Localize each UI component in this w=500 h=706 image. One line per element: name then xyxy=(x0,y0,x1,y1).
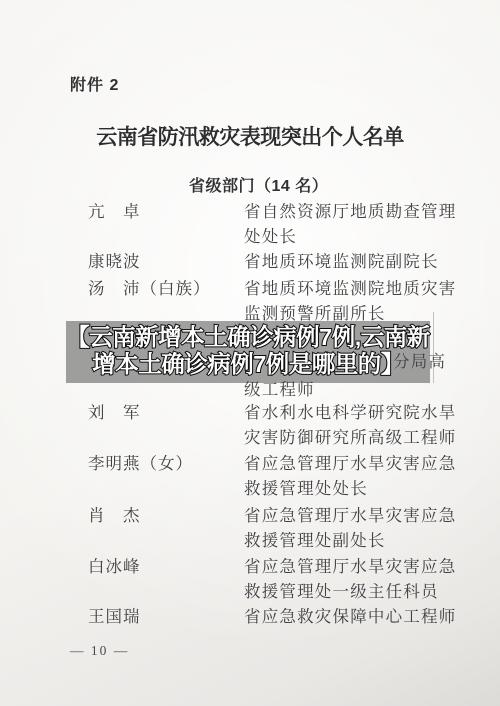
person-title-line: 省水利水电科学研究院水旱 xyxy=(244,403,456,423)
person-title-line: 处处长 xyxy=(244,227,297,247)
page-number: — 10 — xyxy=(70,643,129,659)
person-title-line: 省地质环境监测院地质灾害 xyxy=(244,279,456,299)
person-title-line: 救援管理处一级主任科员 xyxy=(244,582,439,602)
person-name: 康晓波 xyxy=(88,252,141,272)
person-title-line: 省应急救灾保障中心工程师 xyxy=(244,607,456,627)
document-title: 云南省防汛救灾表现突出个人名单 xyxy=(0,121,500,151)
attachment-label: 附件 2 xyxy=(70,72,119,95)
person-title-line: 救援管理处处长 xyxy=(244,479,368,499)
person-title-line: 省自然资源厅地质勘查管理 xyxy=(244,202,456,222)
person-title-line: 省应急管理厅水旱灾害应急 xyxy=(244,454,456,474)
person-name: 汤 沛（白族） xyxy=(88,279,211,299)
scanned-document-page: 附件 2 云南省防汛救灾表现突出个人名单 省级部门（14 名） 亢 卓 省自然资… xyxy=(0,0,500,706)
person-title-line: 省地质环境监测院副院长 xyxy=(244,252,439,272)
person-name: 王国瑞 xyxy=(88,607,141,627)
overlay-banner-line2: 增本土确诊病例7例是哪里的】 xyxy=(58,351,438,378)
person-title-line: 灾害防御研究所高级工程师 xyxy=(244,428,456,448)
person-name: 白冰峰 xyxy=(88,557,141,577)
person-name: 亢 卓 xyxy=(88,202,141,222)
person-title-line: 省应急管理厅水旱灾害应急 xyxy=(244,557,456,577)
person-title-line: 省应急管理厅水旱灾害应急 xyxy=(244,506,456,526)
person-name: 刘 军 xyxy=(88,403,141,423)
overlay-banner-line1: 【云南新增本土确诊病例7例,云南新 xyxy=(58,324,438,351)
person-name: 李明燕（女） xyxy=(88,454,193,474)
section-header: 省级部门（14 名） xyxy=(189,173,328,196)
person-name: 肖 杰 xyxy=(88,506,141,526)
obscured-text-fragment: 级工程师 xyxy=(244,380,315,400)
person-title-line: 救援管理处副处长 xyxy=(244,531,386,551)
overlay-banner-text: 【云南新增本土确诊病例7例,云南新 增本土确诊病例7例是哪里的】 xyxy=(58,324,438,378)
